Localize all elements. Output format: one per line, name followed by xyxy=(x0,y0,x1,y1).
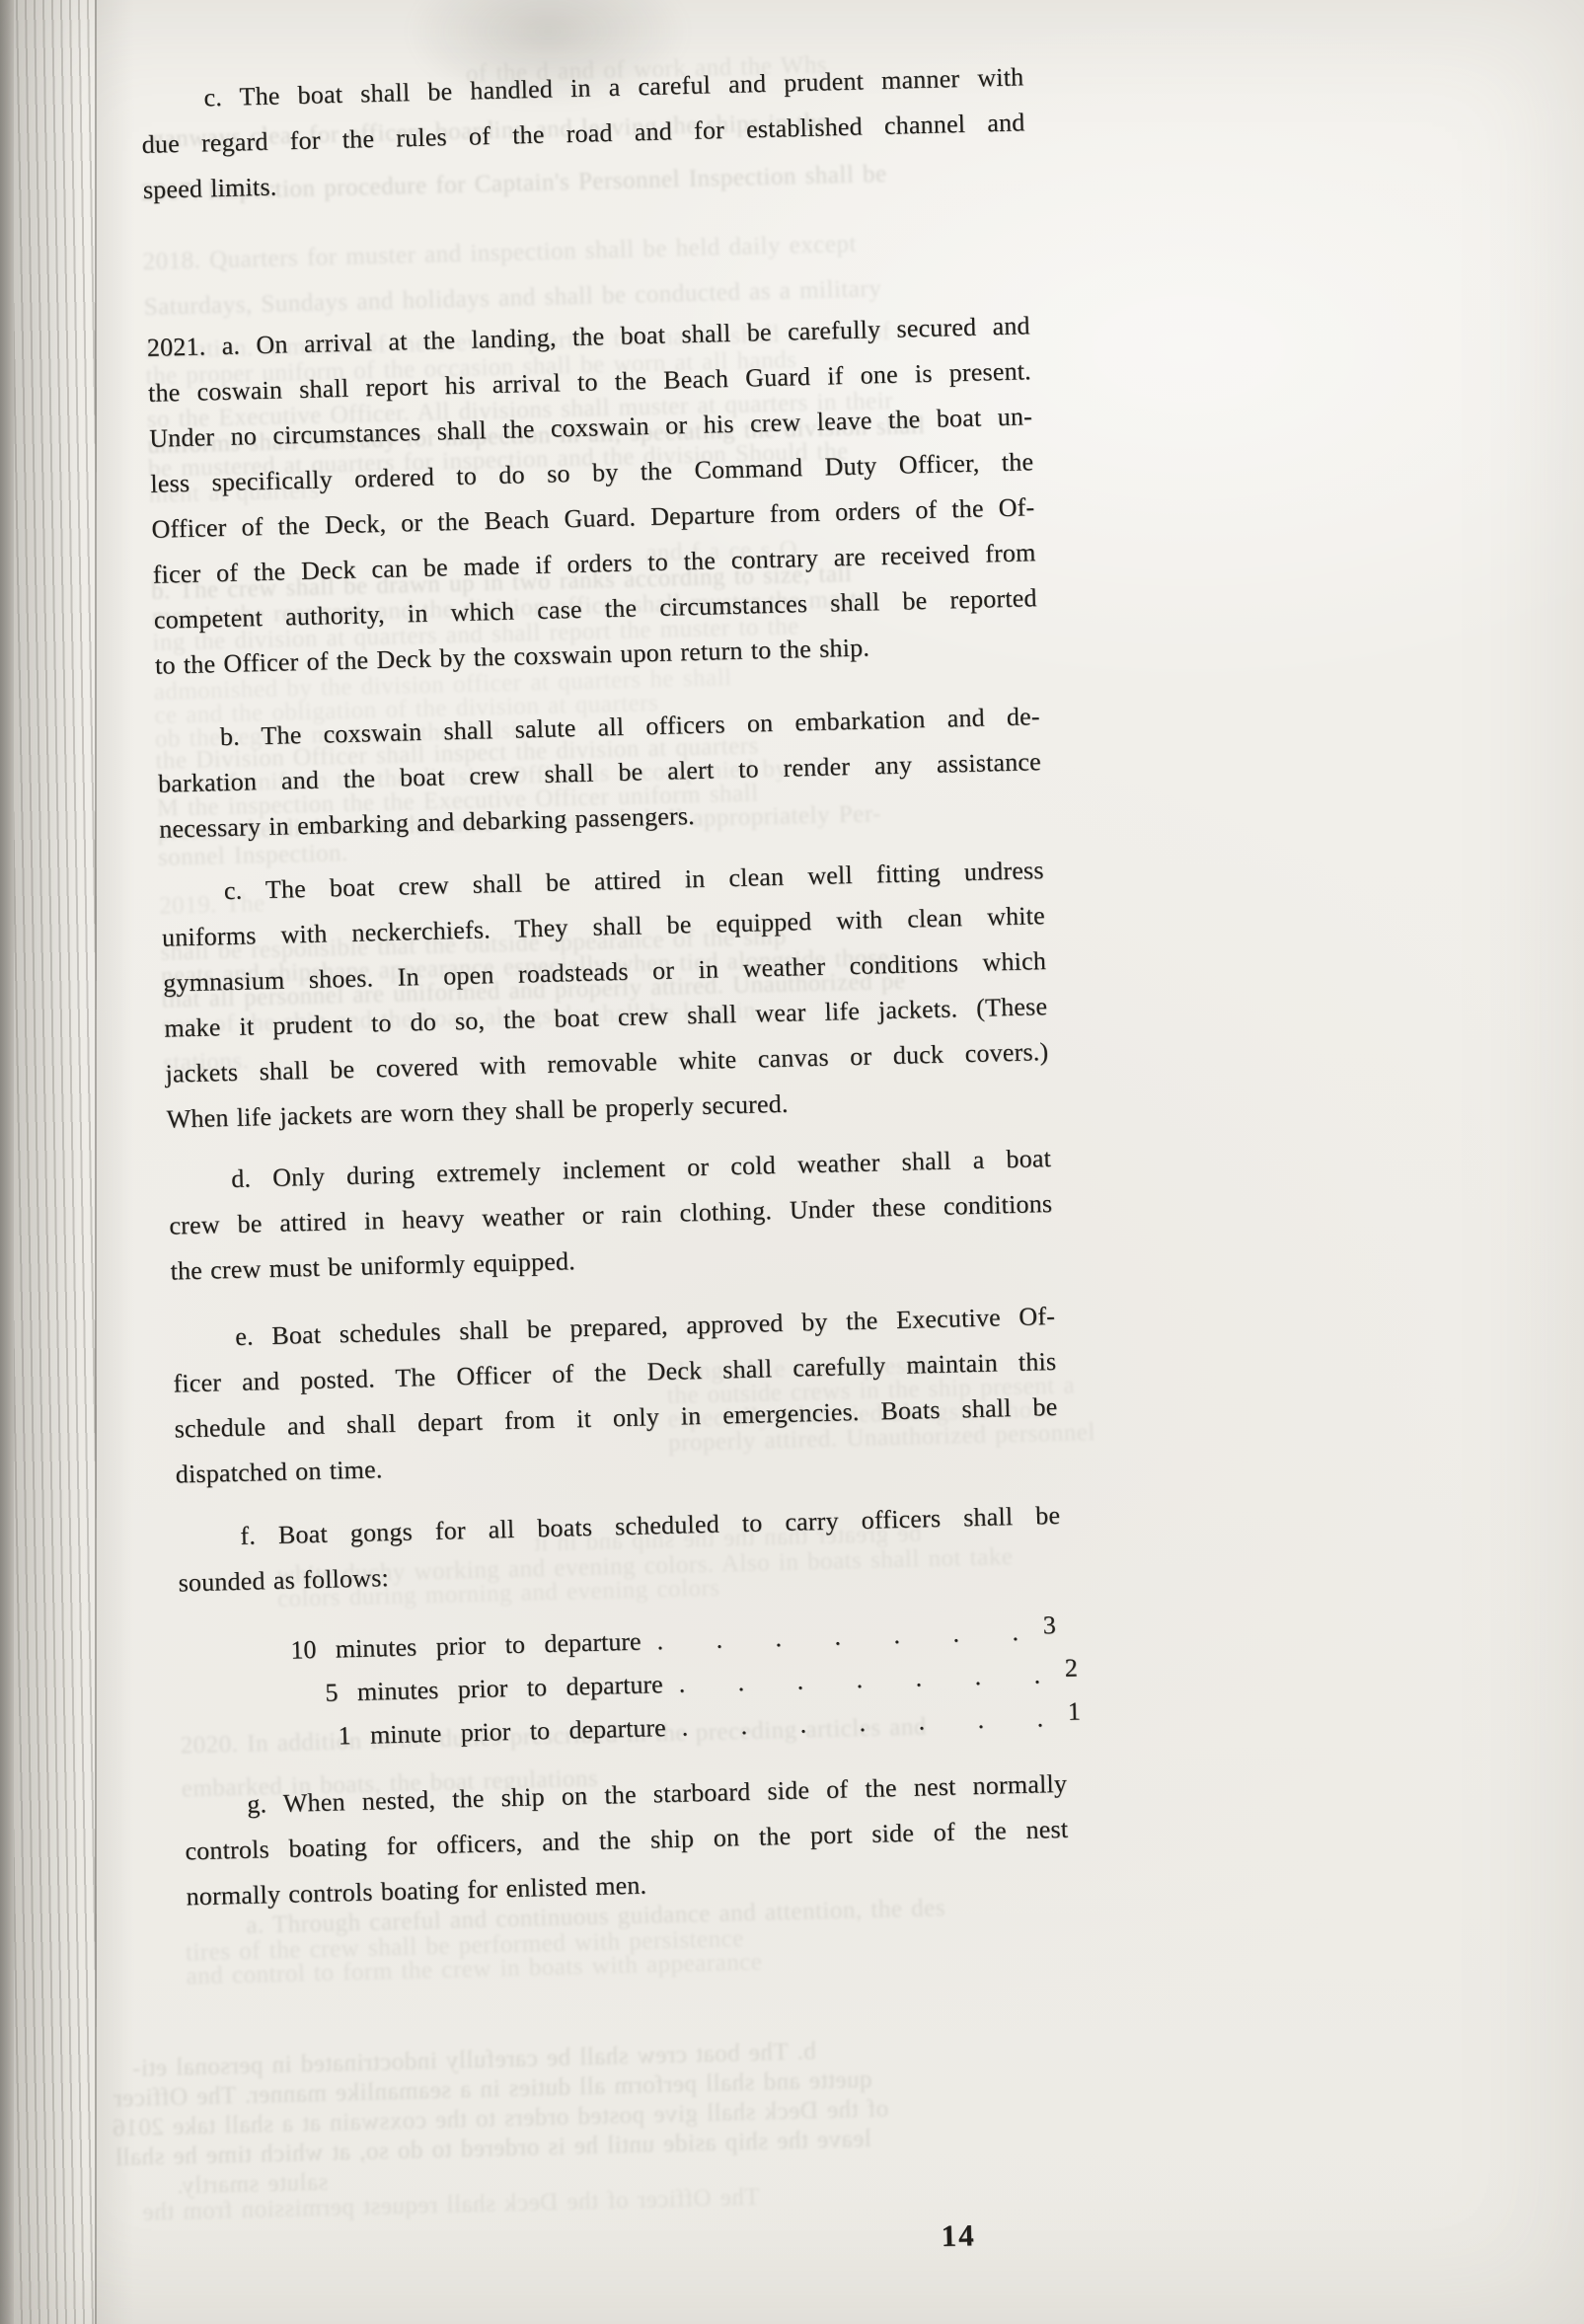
paragraph-2020c: c. The boat shall be handled in a carefu… xyxy=(140,54,1026,213)
paragraph-2021d: d. Only during extremely inclement or co… xyxy=(168,1136,1054,1295)
paragraph-2021a: 2021. a. On arrival at the landing, the … xyxy=(146,303,1038,689)
paragraph-2021b: b. The coxswain shall salute all officer… xyxy=(156,694,1042,853)
gong-row-label: 5 minutes prior to departure xyxy=(325,1670,663,1707)
dot-leader: . . . . . . . xyxy=(656,1617,1035,1656)
paragraph-2021c: c. The boat crew shall be attired in cle… xyxy=(160,848,1050,1143)
bleed-through-line: 2018. Quarters for muster and inspection… xyxy=(142,231,857,276)
gong-row-count: 2 xyxy=(1064,1653,1078,1682)
book-scan: { "page": { "number": "14" }, "paragraph… xyxy=(0,0,1584,2324)
scanned-page: of the d and of work and the Whsganways … xyxy=(0,0,1584,2324)
gong-schedule: 10 minutes prior to departure. . . . . .… xyxy=(180,1610,1066,1762)
dot-leader: . . . . . . . xyxy=(681,1703,1060,1742)
dot-leader: . . . . . . . xyxy=(678,1660,1057,1698)
gong-row-count: 3 xyxy=(1042,1611,1056,1639)
page-number: 14 xyxy=(941,2217,976,2254)
paragraph-2021e: e. Boat schedules shall be prepared, app… xyxy=(172,1294,1059,1498)
book-spine-edge xyxy=(0,0,14,2324)
paragraph-2021g: g. When nested, the ship on the starboar… xyxy=(184,1762,1070,1920)
page-content: of the d and of work and the Whsganways … xyxy=(138,0,1080,2323)
page-edge-shadow xyxy=(95,0,134,2324)
stacked-page-edges xyxy=(14,0,97,2324)
gong-row-label: 1 minute prior to departure xyxy=(338,1713,666,1750)
gong-row-label: 10 minutes prior to departure xyxy=(290,1627,641,1665)
gong-row-count: 1 xyxy=(1067,1696,1081,1725)
